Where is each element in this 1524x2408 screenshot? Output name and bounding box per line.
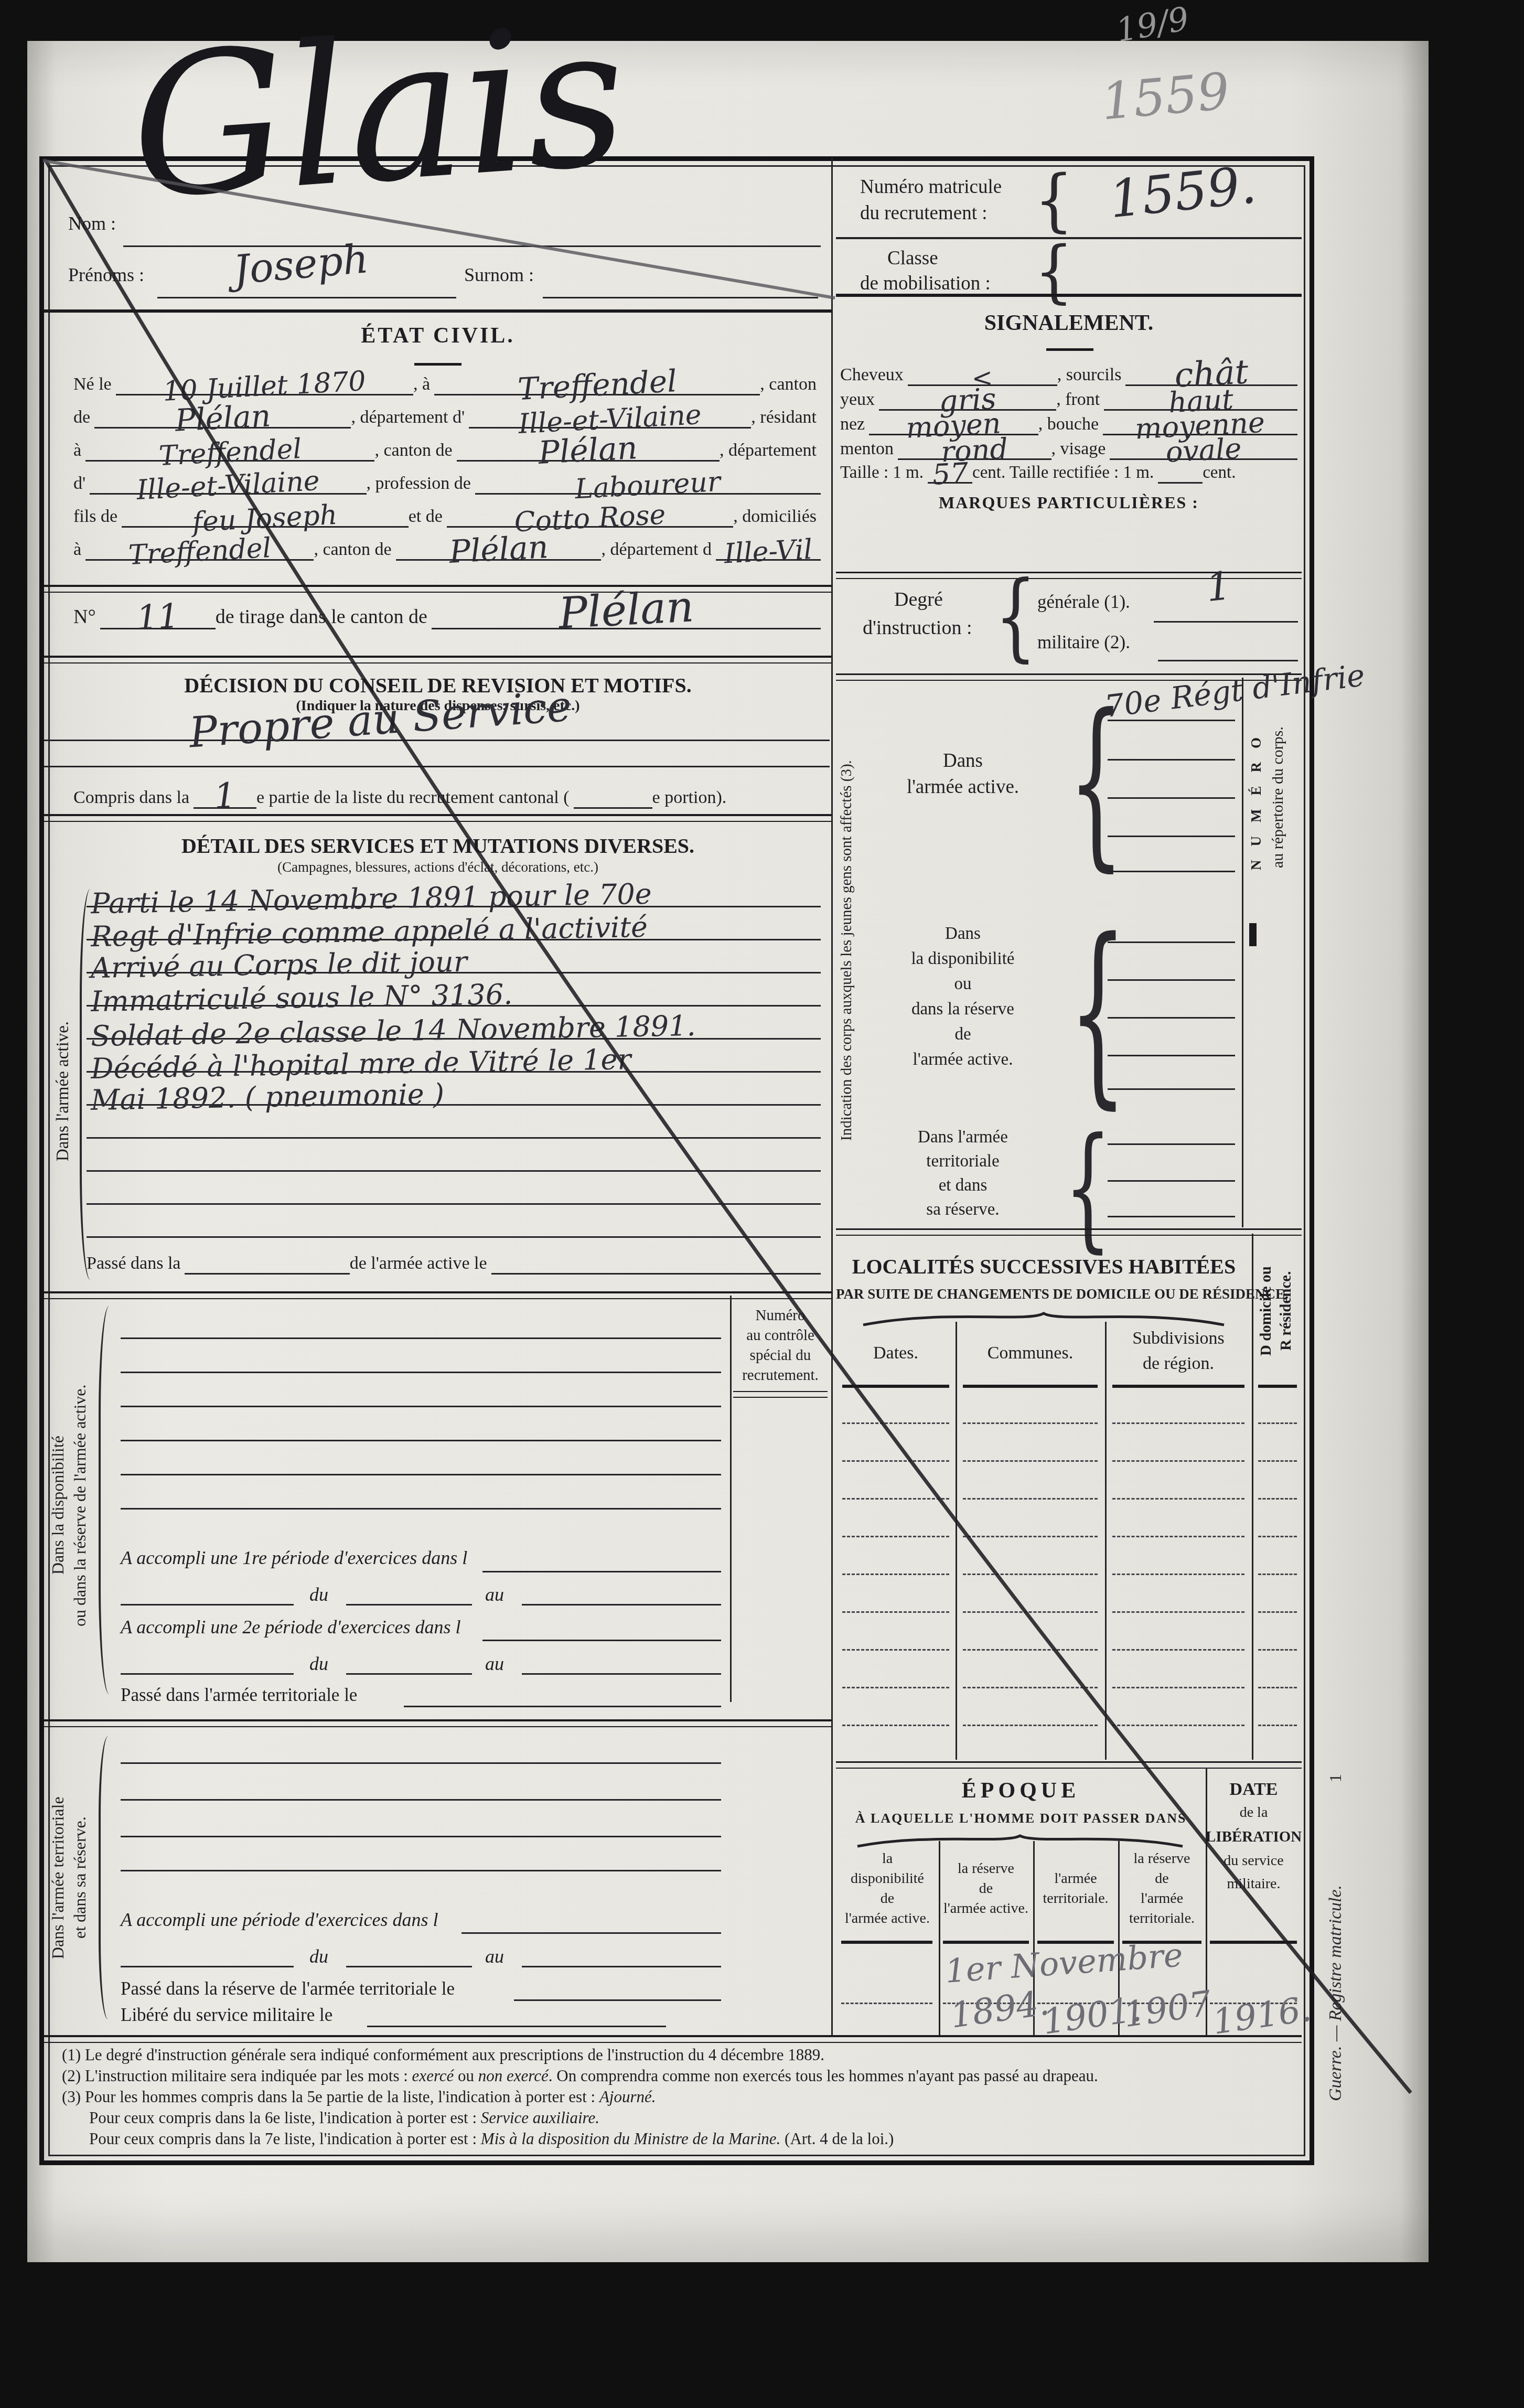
footnote-4: Pour ceux compris dans la 6e liste, l'in… [89,2109,599,2127]
footnote-italic: non exercé [478,2067,549,2085]
footnote-2: (2) L'instruction militaire sera indiqué… [62,2067,1098,2085]
surname-handwriting: Glais [125,0,631,227]
footnote-italic: Mis à la disposition du Ministre de la M… [481,2129,780,2148]
footnote-text: Pour ceux compris dans la 7e liste, l'in… [89,2129,481,2148]
footnote-italic: Service auxiliaire. [481,2109,599,2127]
footnote-text: Pour ceux compris dans la 6e liste, l'in… [89,2109,481,2127]
scan-background: 19/9 1559 Glais Nom : Prénoms : Joseph S… [0,0,1524,2408]
footnote-italic: Ajourné. [599,2088,656,2106]
footnotes-section: (1) Le degré d'instruction générale sera… [0,0,1524,2408]
footnote-text: (Art. 4 de la loi.) [780,2129,894,2148]
footnote-italic: exercé [412,2067,454,2085]
footnote-text: (3) Pour les hommes compris dans la 5e p… [62,2088,599,2106]
footer-divider [44,2035,1302,2043]
footnote-1: (1) Le degré d'instruction générale sera… [62,2046,824,2064]
margin-page-number: 1 [1326,1762,1345,1794]
footnote-5: Pour ceux compris dans la 7e liste, l'in… [89,2129,894,2148]
footnote-text: . On comprendra comme non exercés tous l… [549,2067,1098,2085]
footnote-3: (3) Pour les hommes compris dans la 5e p… [62,2088,656,2106]
footnote-text: ou [454,2067,478,2085]
margin-imprint: Guerre. — Registre matricule. [1326,1810,1346,2177]
footnote-text: (2) L'instruction militaire sera indiqué… [62,2067,412,2085]
